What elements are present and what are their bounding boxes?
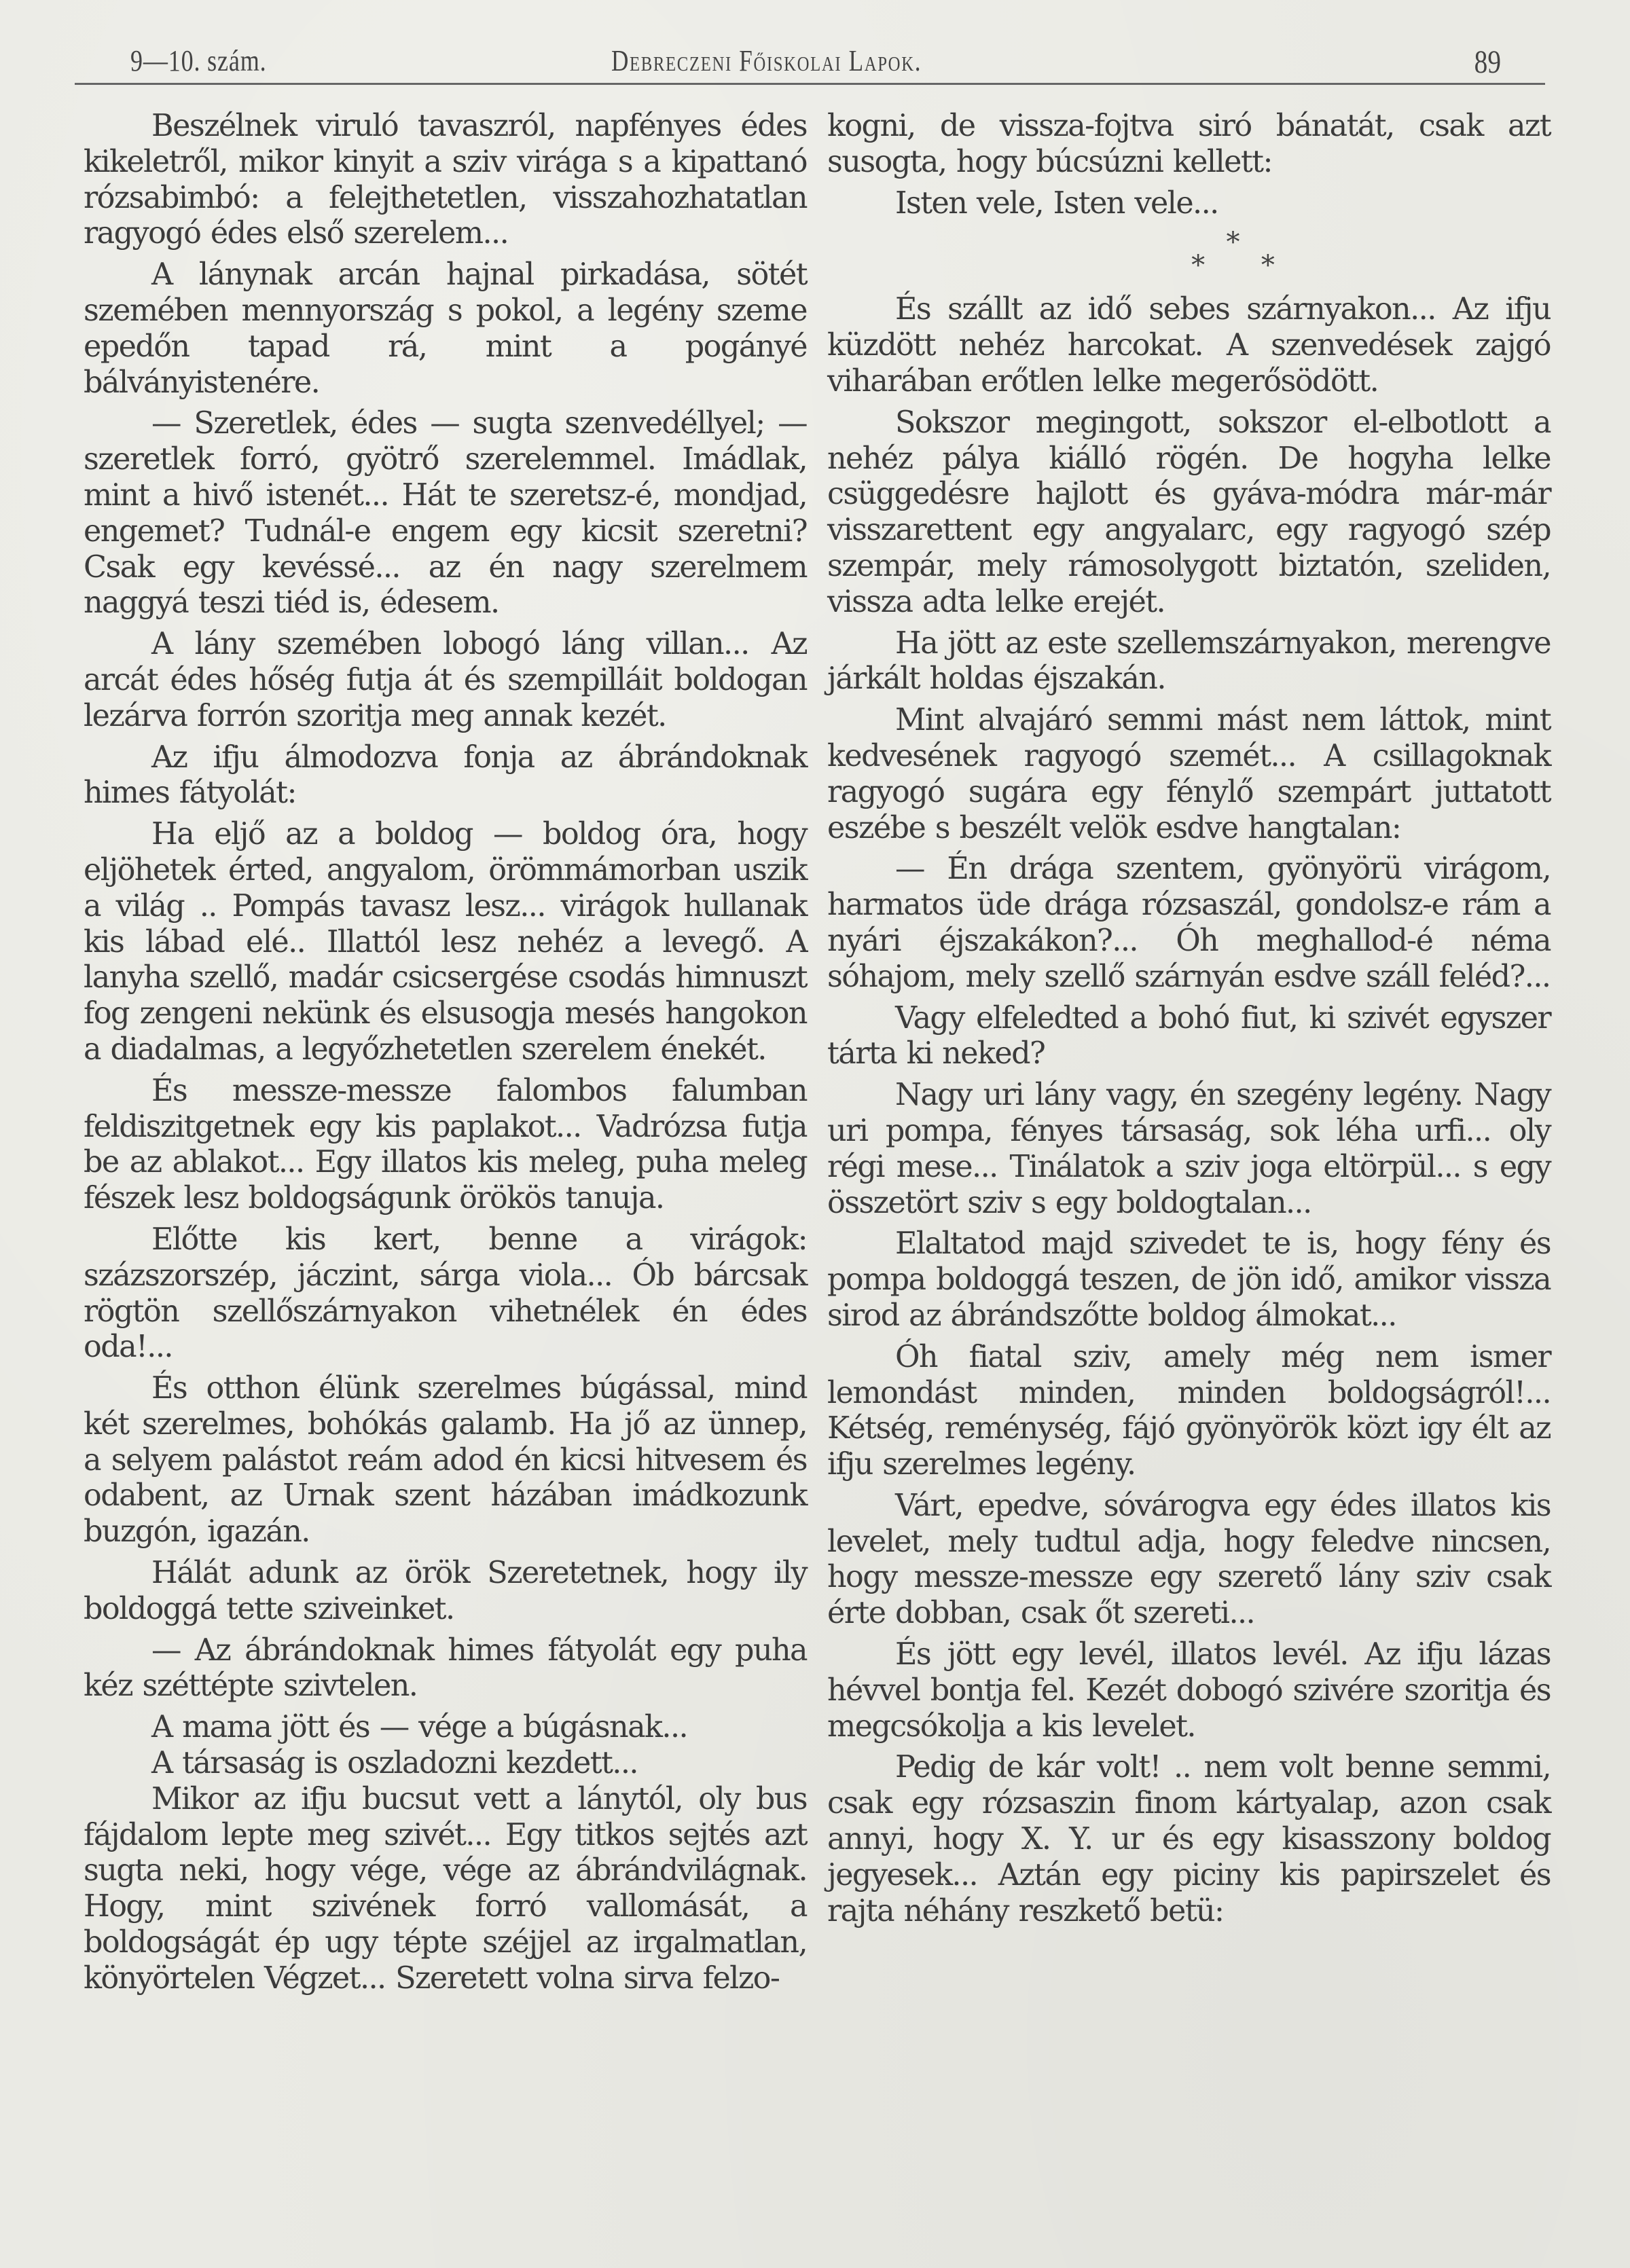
paragraph: Hálát adunk az örök Szeretetnek, hogy il… (84, 1556, 807, 1628)
paragraph: — Az ábrándoknak himes fátyolát egy puha… (84, 1633, 807, 1705)
paragraph: És jött egy levél, illatos levél. Az ifj… (827, 1637, 1551, 1744)
paragraph: És szállt az idő sebes szárnyakon... Az … (827, 292, 1551, 399)
scanned-page: 9—10. szám. Debreczeni Főiskolai Lapok. … (0, 0, 1630, 2268)
journal-title: Debreczeni Főiskolai Lapok. (611, 43, 922, 78)
header-rule (75, 83, 1545, 85)
section-break-asterism: * * * (827, 231, 1551, 277)
left-column: Beszélnek viruló tavaszról, napfényes éd… (84, 109, 807, 2002)
asterisk-icon: * * (827, 254, 1551, 277)
asterisk-icon: * (827, 231, 1551, 254)
paragraph: Előtte kis kert, benne a virágok: százsz… (84, 1222, 807, 1366)
paragraph: Elaltatod majd szivedet te is, hogy fény… (827, 1226, 1551, 1334)
running-header: 9—10. szám. Debreczeni Főiskolai Lapok. … (81, 39, 1542, 87)
paragraph: A mama jött és — vége a búgásnak... (84, 1710, 807, 1746)
paragraph: Az ifju álmodozva fonja az ábrándoknak h… (84, 740, 807, 812)
paragraph: Vagy elfeledted a bohó fiut, ki szivét e… (827, 1001, 1551, 1073)
issue-number: 9—10. szám. (130, 43, 266, 78)
right-column: kogni, de vissza-fojtva siró bánatát, cs… (827, 109, 1551, 1935)
paragraph: Isten vele, Isten vele... (827, 186, 1551, 222)
paragraph: És messze-messze falombos falumban feldi… (84, 1074, 807, 1217)
paragraph: Sokszor megingott, sokszor el-elbotlott … (827, 405, 1551, 621)
paragraph: Várt, epedve, sóvárogva egy édes illatos… (827, 1488, 1551, 1632)
paragraph: A társaság is oszladozni kezdett... (84, 1746, 807, 1782)
paragraph: Ha jött az este szellemszárnyakon, meren… (827, 626, 1551, 698)
paragraph: Ha eljő az a boldog — boldog óra, hogy e… (84, 817, 807, 1068)
paragraph: Mint alvajáró semmi mást nem láttok, min… (827, 703, 1551, 846)
paragraph: A lány szemében lobogó láng villan... Az… (84, 627, 807, 734)
paragraph: Nagy uri lány vagy, én szegény legény. N… (827, 1078, 1551, 1221)
paragraph: És otthon élünk szerelmes búgással, mind… (84, 1371, 807, 1550)
paragraph: Óh fiatal sziv, amely még nem ismer lemo… (827, 1340, 1551, 1483)
paragraph-continued: kogni, de vissza-fojtva siró bánatát, cs… (827, 109, 1551, 181)
paragraph: — Én drága szentem, gyönyörü virágom, ha… (827, 852, 1551, 995)
paragraph: Mikor az ifju bucsut vett a lánytól, oly… (84, 1782, 807, 1997)
paragraph: Pedig de kár volt! .. nem volt benne sem… (827, 1750, 1551, 1929)
paragraph: Beszélnek viruló tavaszról, napfényes éd… (84, 109, 807, 252)
paragraph: A lánynak arcán hajnal pirkadása, sötét … (84, 257, 807, 401)
page-number: 89 (1474, 43, 1501, 81)
paragraph: — Szeretlek, édes — sugta szenvedéllyel;… (84, 406, 807, 621)
